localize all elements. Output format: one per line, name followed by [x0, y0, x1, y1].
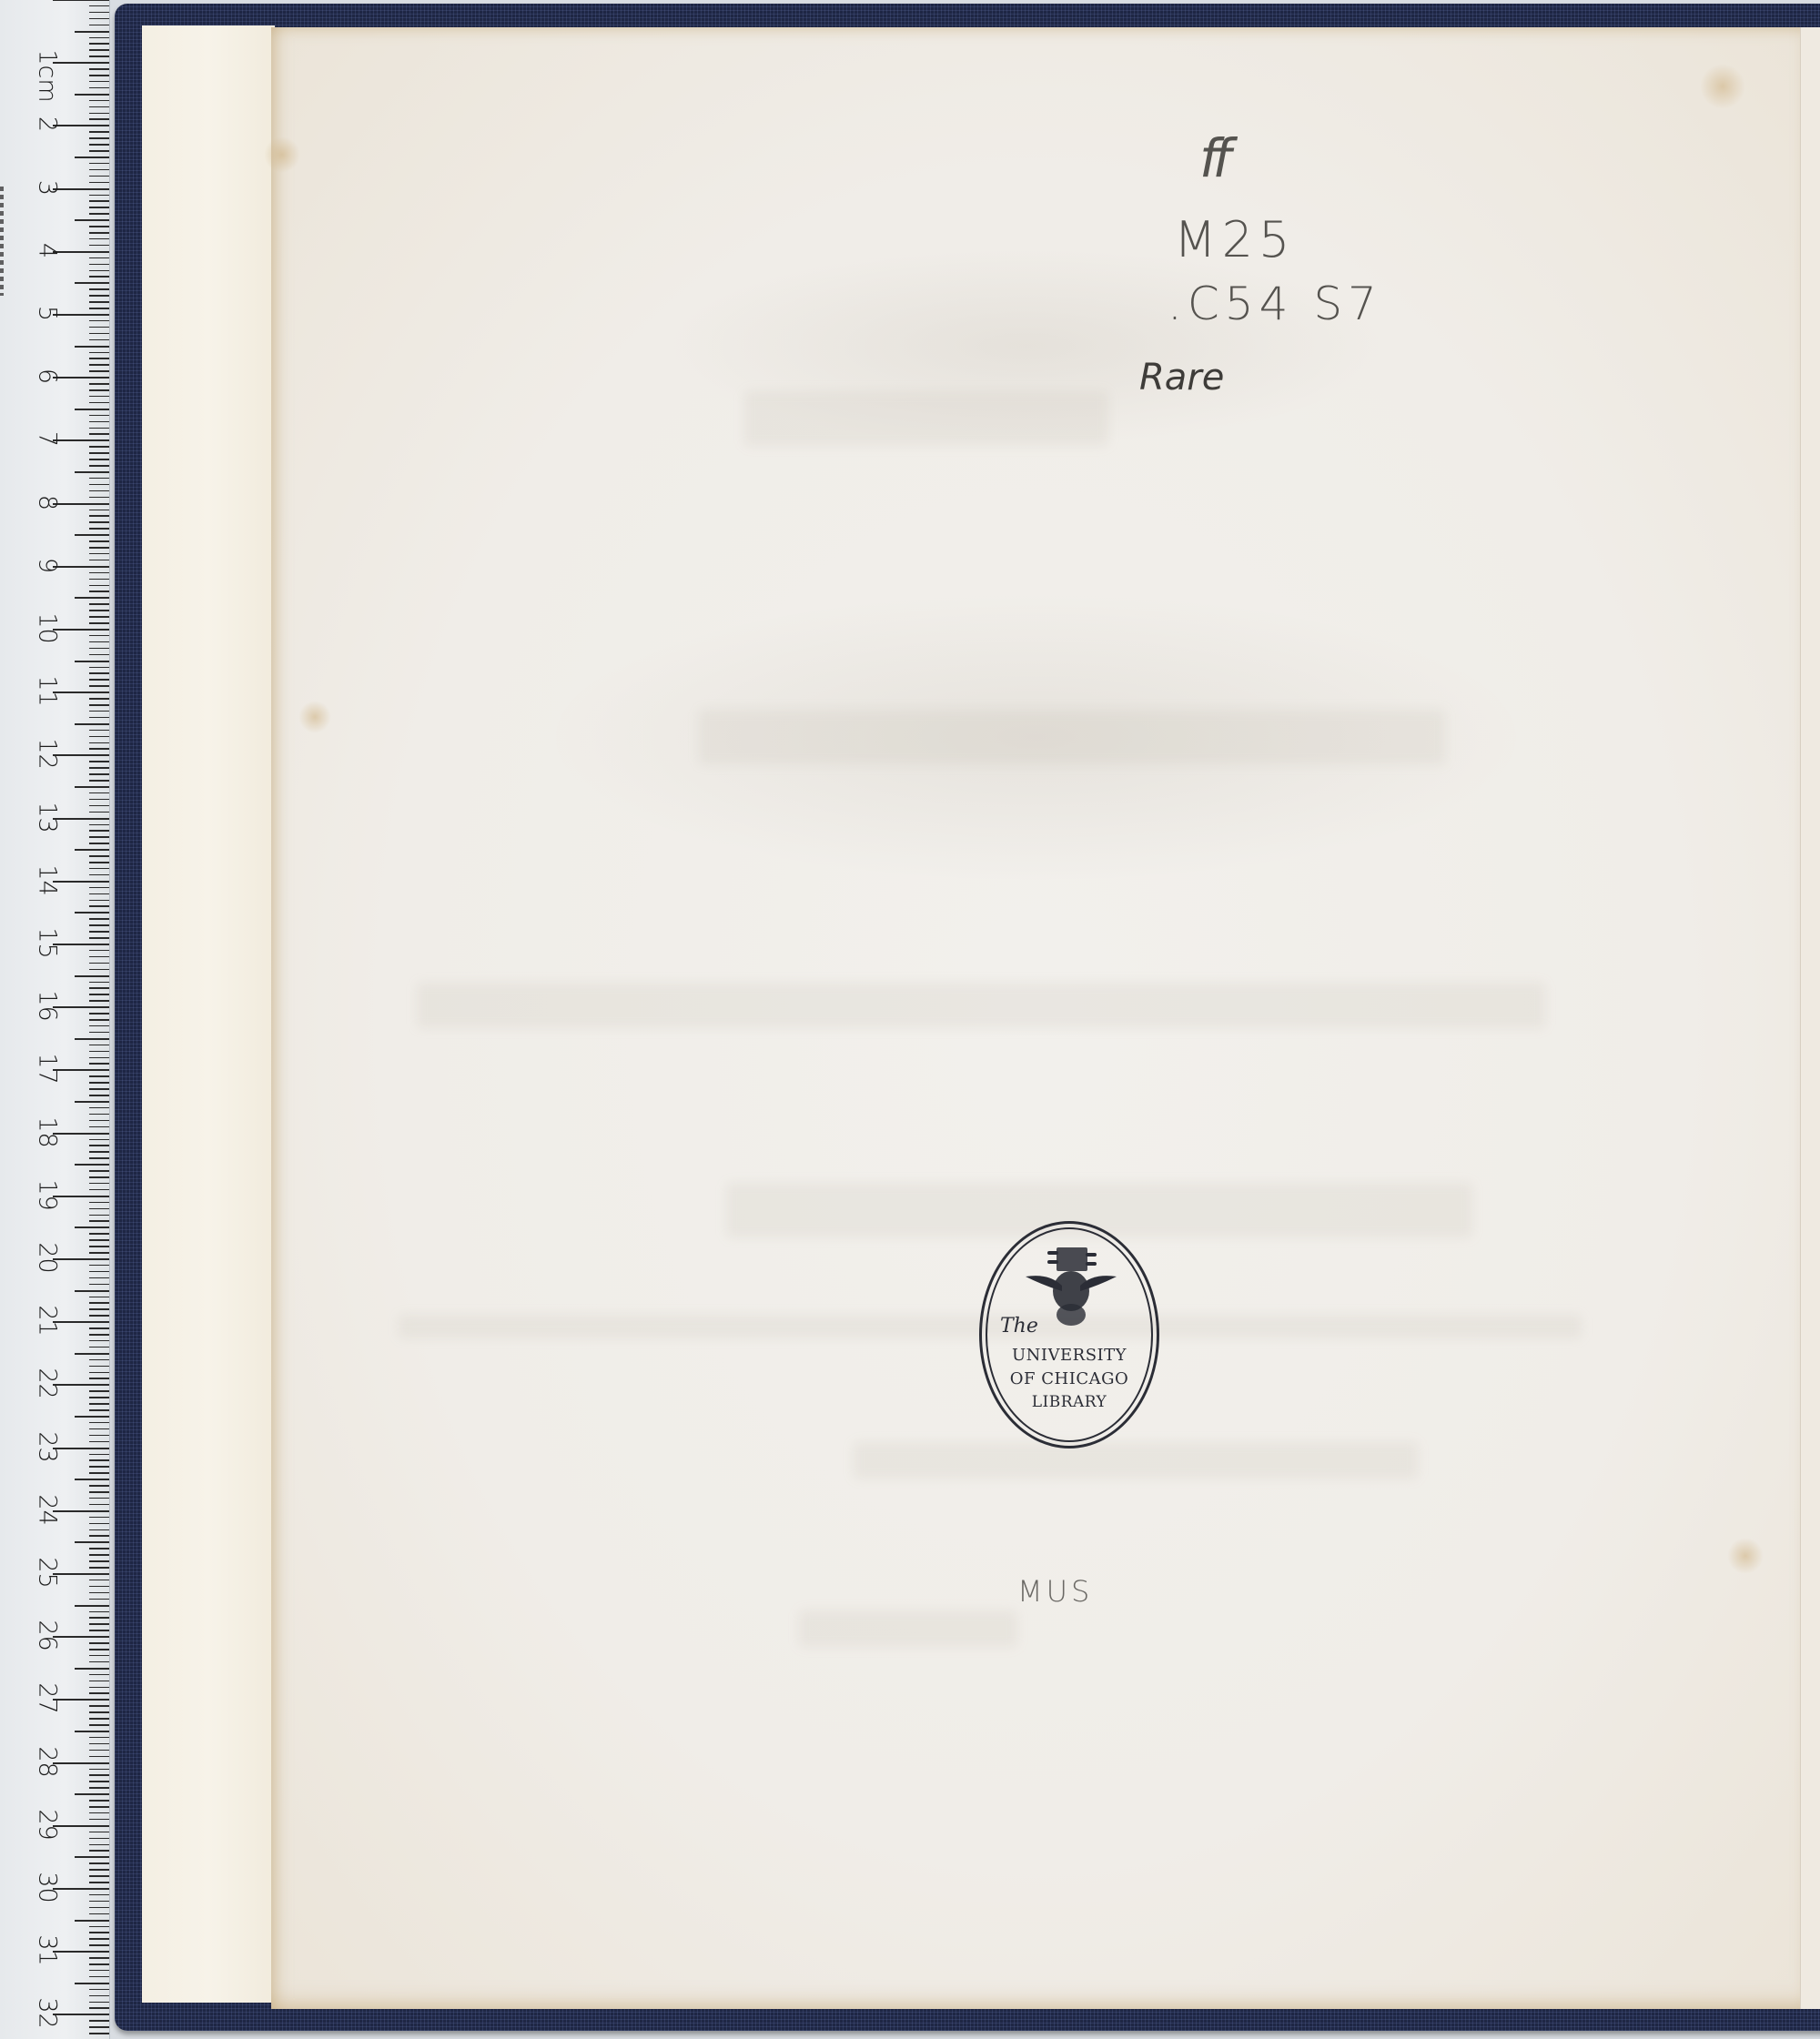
ruler-tick: [89, 553, 109, 555]
ruler-tick: [89, 333, 109, 335]
ruler-tick: [89, 622, 109, 624]
ruler-tick: [75, 723, 109, 725]
ruler-tick: [89, 1025, 109, 1027]
ruler-tick: [89, 459, 109, 460]
ruler-tick: [89, 1642, 109, 1644]
ruler-tick: [89, 994, 109, 995]
ruler-tick: [89, 1372, 109, 1374]
ruler-tick: [89, 452, 109, 454]
ruler-tick: [75, 219, 109, 221]
ruler-tick: [89, 1252, 109, 1254]
ruler-tick: [89, 672, 109, 674]
ruler-tick: [89, 465, 109, 467]
ruler-label: 21: [35, 1294, 60, 1348]
ruler-tick: [89, 1347, 109, 1348]
ruler-label: 13: [35, 790, 60, 844]
ruler-tick: [89, 396, 109, 398]
ruler-tick: [75, 786, 109, 788]
ruler-tick: [89, 1233, 109, 1235]
ruler-tick: [89, 641, 109, 643]
pencil-note-location: MUS: [1017, 1574, 1093, 1609]
ruler-tick: [89, 1366, 109, 1368]
foxing-spot: [1727, 1538, 1764, 1574]
ruler-tick: [89, 1082, 109, 1084]
ruler-tick: [75, 661, 109, 662]
ruler-label: 3: [35, 160, 60, 215]
ruler-tick: [89, 1019, 109, 1021]
ruler-tick: [89, 1302, 109, 1304]
ruler-tick: [89, 1220, 109, 1222]
ruler-tick: [89, 918, 109, 920]
ruler-tick: [89, 301, 109, 303]
ruler-tick: [89, 352, 109, 354]
ruler-tick: [89, 1781, 109, 1782]
ruler-tick: [89, 1441, 109, 1443]
ruler-tick: [89, 1075, 109, 1077]
ruler-tick: [89, 1088, 109, 1090]
ruler-tick: [75, 597, 109, 599]
ruler-label: 2: [35, 97, 60, 152]
ruler-tick: [89, 1812, 109, 1814]
ruler-tick: [89, 1284, 109, 1286]
ruler-tick: [89, 5, 109, 7]
ruler-label: 32: [35, 1986, 60, 2039]
flyleaf: [142, 25, 275, 2003]
ruler-tick: [89, 1705, 109, 1707]
ruler-tick: [89, 25, 109, 26]
ruler-tick: [89, 1844, 109, 1846]
ruler-tick: [89, 1422, 109, 1424]
ruler-tick: [89, 1397, 109, 1398]
ruler-tick: [89, 100, 109, 102]
ruler-tick: [89, 1126, 109, 1128]
ruler-tick: [89, 1517, 109, 1519]
ruler-tick: [89, 1611, 109, 1613]
ruler-tick: [89, 1239, 109, 1241]
ruler-tick: [89, 1157, 109, 1159]
ruler-tick: [89, 1838, 109, 1840]
ruler-tick: [89, 603, 109, 605]
ruler-tick: [89, 579, 109, 580]
ruler-tick: [89, 2002, 109, 2004]
ruler-label: 27: [35, 1671, 60, 1726]
pencil-note-rare: Rare: [1139, 357, 1224, 399]
ruler-tick: [89, 1271, 109, 1273]
ruler-tick: [89, 1711, 109, 1713]
ruler-tick: [89, 150, 109, 152]
ruler-tick: [89, 1737, 109, 1739]
ruler-tick: [75, 1101, 109, 1103]
ruler-tick: [89, 339, 109, 341]
ruler-tick: [89, 1435, 109, 1437]
ruler-tick: [89, 18, 109, 20]
ruler-tick: [89, 805, 109, 807]
title-page: [271, 27, 1800, 2009]
ruler-tick: [75, 409, 109, 410]
ruler-tick: [89, 370, 109, 372]
ruler-tick: [89, 717, 109, 719]
ruler-label: 18: [35, 1105, 60, 1159]
ruler-tick: [89, 1806, 109, 1808]
ruler-tick: [75, 1290, 109, 1292]
ruler-tick: [89, 1687, 109, 1689]
ruler-tick: [89, 245, 109, 247]
ruler-tick: [89, 1750, 109, 1751]
ruler-tick: [89, 937, 109, 939]
ruler-tick: [89, 1428, 109, 1430]
ruler-tick: [89, 49, 109, 51]
ruler-tick: [89, 1599, 109, 1600]
ruler-label: 9: [35, 538, 60, 592]
stamp-text-of-chicago: OF CHICAGO: [982, 1369, 1157, 1388]
ruler-tick: [89, 667, 109, 669]
ruler-tick: [89, 905, 109, 907]
ruler-label: 19: [35, 1167, 60, 1222]
ruler-tick: [89, 893, 109, 895]
stamp-text-the: The: [1000, 1315, 1038, 1337]
ruler-label: 14: [35, 853, 60, 907]
ruler-tick: [89, 497, 109, 499]
ruler-label: 4: [35, 223, 60, 278]
ruler-label: 25: [35, 1546, 60, 1600]
ruler-tick: [89, 1674, 109, 1676]
foxing-spot: [1700, 64, 1745, 109]
ruler-tick: [89, 1535, 109, 1537]
ruler-tick: [75, 912, 109, 914]
ruler-tick: [89, 1989, 109, 1991]
ruler-tick: [89, 1774, 109, 1776]
ruler-tick: [75, 1983, 109, 1984]
ruler-tick: [89, 1901, 109, 1903]
bleed-through-text: [799, 1610, 1017, 1647]
ruler-tick: [89, 213, 109, 215]
ruler-tick: [89, 402, 109, 404]
ruler-tick: [89, 1882, 109, 1883]
ruler-tick: [89, 931, 109, 933]
ruler-tick: [89, 75, 109, 76]
ruler-tick: [89, 1013, 109, 1014]
ruler-tick: [89, 176, 109, 177]
ruler-tick: [89, 446, 109, 448]
ruler-tick: [89, 12, 109, 14]
ruler-tick: [89, 1932, 109, 1933]
ruler-tick: [89, 704, 109, 706]
ruler-tick: [89, 1120, 109, 1122]
ruler-tick: [89, 1787, 109, 1789]
ruler-tick: [89, 433, 109, 435]
ruler-tick: [89, 1277, 109, 1279]
ruler-tick: [89, 2033, 109, 2034]
ruler-tick: [89, 924, 109, 926]
ruler-label: 23: [35, 1419, 60, 1474]
ruler-tick: [89, 257, 109, 259]
ruler-tick: [89, 1063, 109, 1065]
ruler-tick: [89, 1850, 109, 1852]
ruler-tick: [89, 654, 109, 656]
ruler-tick: [75, 849, 109, 851]
ruler-tick: [89, 56, 109, 57]
ruler-tick: [89, 767, 109, 769]
ruler-tick: [89, 1170, 109, 1172]
ruler-tick: [89, 87, 109, 89]
ruler-tick: [89, 1661, 109, 1663]
ruler-tick: [89, 182, 109, 184]
ruler-tick: [89, 288, 109, 290]
ruler-tick: [89, 68, 109, 70]
ruler-tick: [89, 742, 109, 744]
ruler-tick: [89, 824, 109, 826]
ruler-tick: [89, 547, 109, 549]
ruler-tick: [89, 1970, 109, 1972]
ruler-tick: [89, 868, 109, 870]
ruler-tick: [89, 956, 109, 958]
ruler-tick: [89, 478, 109, 479]
ruler-tick: [89, 383, 109, 385]
ruler-tick: [89, 812, 109, 813]
ruler-tick: [89, 1743, 109, 1745]
ruler-tick: [89, 1913, 109, 1915]
ruler-tick: [89, 900, 109, 902]
ruler-tick: [89, 982, 109, 984]
ruler-tick: [89, 1359, 109, 1361]
ruler-tick: [89, 572, 109, 574]
ruler-label: 1cm: [35, 49, 60, 104]
ruler-tick: [89, 1586, 109, 1588]
ruler-tick: [89, 81, 109, 83]
ruler-label: 30: [35, 1861, 60, 1915]
pencil-note-cutter-number: .C54 S7: [1168, 278, 1382, 330]
ruler-tick: [89, 585, 109, 587]
measuring-ruler: 1cm2345678910111213141516171819202122232…: [0, 0, 110, 2039]
ruler-tick: [89, 144, 109, 146]
ruler-tick: [89, 1875, 109, 1877]
ruler-tick: [53, 0, 109, 1]
ruler-tick: [75, 1920, 109, 1922]
ruler-label: 24: [35, 1482, 60, 1537]
ruler-tick: [89, 1862, 109, 1864]
ruler-tick: [75, 1226, 109, 1228]
ruler-tick: [89, 137, 109, 139]
ruler-tick: [75, 346, 109, 348]
ruler-tick: [89, 1617, 109, 1619]
ruler-tick: [89, 43, 109, 45]
ruler-tick: [89, 1472, 109, 1474]
ruler-tick: [89, 1649, 109, 1650]
ruler-label: 7: [35, 412, 60, 467]
ruler-label: 20: [35, 1231, 60, 1286]
ruler-tick: [89, 1567, 109, 1569]
ruler-tick: [89, 207, 109, 208]
ruler-label: 26: [35, 1609, 60, 1663]
ruler-tick: [89, 1208, 109, 1210]
ruler-tick: [89, 118, 109, 120]
ruler-label: 22: [35, 1357, 60, 1411]
ruler-tick: [89, 799, 109, 801]
ruler-tick: [89, 792, 109, 794]
ruler-tick: [89, 698, 109, 700]
ruler-tick: [89, 113, 109, 115]
ruler-tick: [89, 1466, 109, 1468]
ruler-tick: [89, 1045, 109, 1046]
next-leaf-edge: [1800, 27, 1820, 2009]
ruler-tick: [89, 1681, 109, 1682]
ruler-tick: [89, 421, 109, 423]
ruler-tick: [89, 1340, 109, 1342]
ruler-tick: [89, 1944, 109, 1946]
ruler-tick: [89, 679, 109, 681]
ruler-tick: [89, 1498, 109, 1499]
ruler-tick: [89, 1560, 109, 1562]
ruler-tick: [89, 874, 109, 876]
ruler-tick: [89, 862, 109, 863]
ruler-tick: [89, 635, 109, 637]
ruler-tick: [89, 264, 109, 266]
bleed-through-text: [699, 710, 1445, 764]
ruler-tick: [89, 1957, 109, 1959]
ruler-tick: [89, 1819, 109, 1821]
ruler-tick: [75, 282, 109, 284]
ruler-tick: [89, 1580, 109, 1581]
ruler-tick: [89, 1315, 109, 1317]
ruler-tick: [89, 560, 109, 561]
ruler-tick: [89, 1057, 109, 1059]
pencil-note-shelf-prefix: ff: [1199, 127, 1226, 189]
ruler-tick: [89, 1183, 109, 1185]
ruler-tick: [89, 276, 109, 278]
ruler-tick: [89, 1832, 109, 1833]
ruler-label: 6: [35, 349, 60, 404]
ruler-tick: [89, 780, 109, 782]
ruler-tick: [89, 327, 109, 328]
ruler-tick: [89, 1655, 109, 1657]
library-ownership-stamp: The UNIVERSITY OF CHICAGO LIBRARY: [979, 1221, 1159, 1448]
ruler-tick: [89, 308, 109, 309]
ruler-tick: [89, 685, 109, 687]
ruler-tick: [89, 2020, 109, 2022]
ruler-tick: [89, 428, 109, 429]
ruler-label: 15: [35, 916, 60, 971]
ruler-tick: [89, 1176, 109, 1178]
ruler-label: 8: [35, 475, 60, 530]
ruler-label: 11: [35, 664, 60, 719]
ruler-tick: [89, 730, 109, 732]
ruler-tick: [89, 1938, 109, 1940]
ruler-tick: [89, 1114, 109, 1115]
ruler-tick: [89, 1246, 109, 1247]
ruler-tick: [75, 1164, 109, 1166]
ruler-label: 10: [35, 601, 60, 656]
ruler-edge-marks: [0, 187, 4, 296]
ruler-tick: [89, 987, 109, 989]
ruler-tick: [89, 950, 109, 952]
ruler-tick: [89, 528, 109, 530]
ruler-tick: [89, 1995, 109, 1997]
ruler-tick: [89, 736, 109, 738]
ruler-tick: [89, 232, 109, 234]
ruler-tick: [89, 389, 109, 391]
ruler-label: 12: [35, 727, 60, 782]
ruler-tick: [75, 1668, 109, 1670]
ruler-tick: [89, 1485, 109, 1487]
ruler-tick: [89, 364, 109, 366]
ruler-tick: [89, 37, 109, 39]
ruler-tick: [89, 1000, 109, 1002]
ruler-tick: [89, 1718, 109, 1720]
ruler-tick: [89, 131, 109, 133]
ruler-tick: [89, 1145, 109, 1146]
bleed-through-text: [744, 391, 1108, 446]
bleed-through-text: [854, 1442, 1418, 1479]
ruler-tick: [89, 1756, 109, 1758]
ruler-tick: [89, 1454, 109, 1456]
ruler-tick: [89, 1907, 109, 1909]
foxing-spot: [298, 701, 331, 733]
ruler-tick: [89, 1623, 109, 1625]
ruler-tick: [89, 1548, 109, 1549]
ruler-tick: [89, 1926, 109, 1928]
ruler-tick: [75, 1038, 109, 1040]
ruler-tick: [75, 1541, 109, 1543]
ruler-tick: [89, 969, 109, 971]
ruler-tick: [89, 195, 109, 197]
ruler-tick: [89, 711, 109, 712]
ruler-tick: [89, 2007, 109, 2009]
ruler-tick: [89, 510, 109, 511]
ruler-tick: [89, 1630, 109, 1631]
ruler-label: 17: [35, 1042, 60, 1096]
ruler-tick: [89, 1523, 109, 1525]
ruler-tick: [89, 358, 109, 359]
foxing-spot: [264, 136, 300, 173]
ruler-tick: [89, 1297, 109, 1298]
ruler-tick: [75, 1856, 109, 1858]
ruler-tick: [89, 515, 109, 517]
ruler-tick: [89, 1976, 109, 1978]
ruler-tick: [89, 106, 109, 108]
ruler-tick: [75, 1731, 109, 1732]
ruler-tick: [75, 1416, 109, 1418]
ruler-tick: [75, 534, 109, 536]
ruler-tick: [89, 1504, 109, 1506]
ruler-tick: [89, 830, 109, 832]
ruler-label: 29: [35, 1797, 60, 1852]
ruler-tick: [89, 1554, 109, 1556]
ruler-tick: [89, 616, 109, 618]
ruler-tick: [89, 270, 109, 272]
ruler-label: 28: [35, 1734, 60, 1789]
ruler-tick: [89, 1409, 109, 1411]
ruler-tick: [89, 1215, 109, 1216]
ruler-tick: [89, 1529, 109, 1531]
ruler-tick: [89, 226, 109, 227]
ruler-tick: [89, 836, 109, 838]
ruler-tick: [89, 591, 109, 592]
ruler-tick: [89, 1769, 109, 1771]
ruler-tick: [89, 1327, 109, 1329]
ruler-tick: [89, 540, 109, 542]
ruler-tick: [89, 963, 109, 964]
ruler-tick: [89, 200, 109, 202]
ruler-tick: [89, 1869, 109, 1871]
ruler-tick: [89, 1800, 109, 1802]
ruler-label: 5: [35, 287, 60, 341]
ruler-tick: [89, 1724, 109, 1726]
ruler-tick: [89, 415, 109, 417]
ruler-tick: [89, 1189, 109, 1191]
ruler-tick: [75, 1353, 109, 1355]
ruler-tick: [75, 471, 109, 473]
ruler-tick: [89, 2026, 109, 2028]
